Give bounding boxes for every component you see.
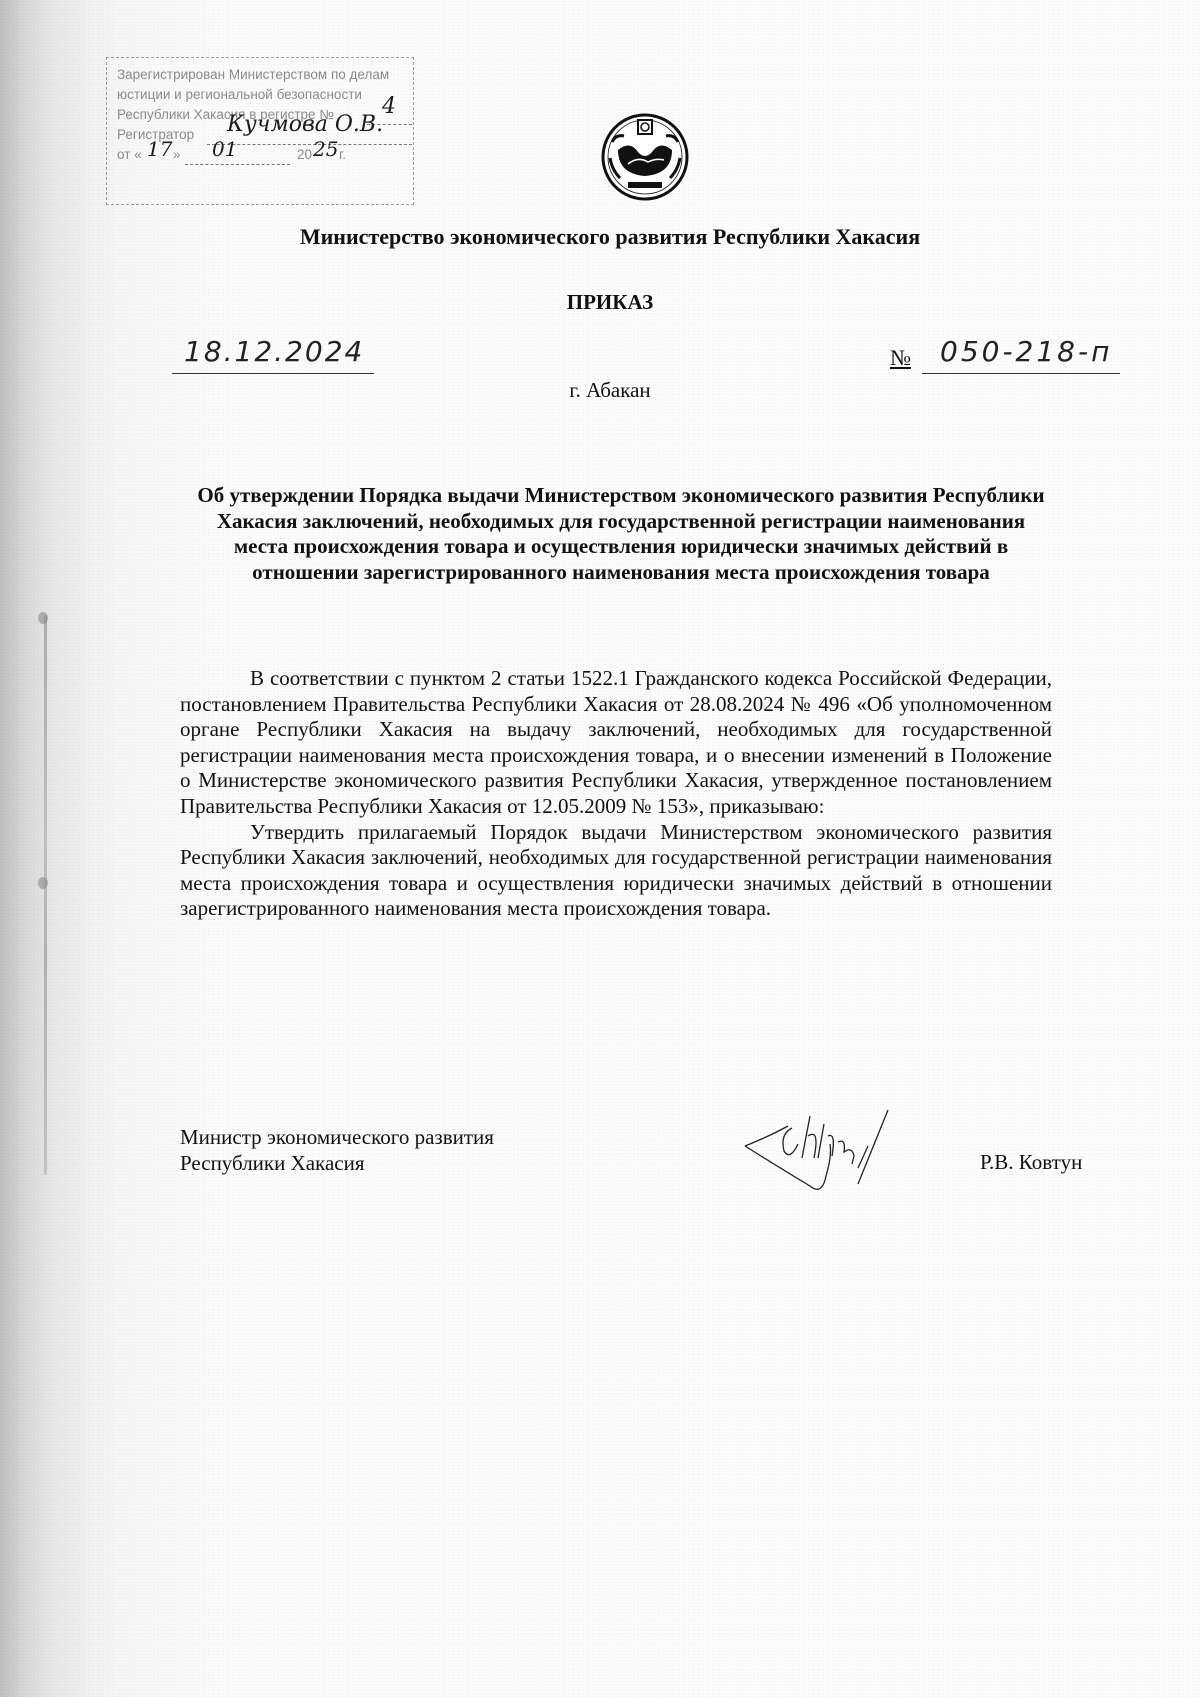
order-date-handwritten: 18.12.2024 — [184, 335, 364, 368]
stamp-year-handwritten: 25 — [313, 139, 338, 159]
signer-position-line-2: Республики Хакасия — [180, 1150, 494, 1176]
stamp-year-end: г. — [339, 145, 346, 165]
order-number-handwritten: 050-218-п — [940, 335, 1112, 368]
stamp-month-handwritten: 01 — [212, 139, 237, 159]
binding-hole-mark — [38, 877, 48, 889]
handwritten-signature-icon — [740, 1106, 950, 1206]
order-date-field: 18.12.2024 — [172, 335, 374, 374]
stamp-line-5: от « 17 » 01 20 25 г. — [117, 145, 413, 165]
register-number-handwritten: 4 — [382, 97, 396, 117]
stamp-month-underline — [185, 163, 290, 165]
order-number-label: № — [890, 345, 911, 371]
order-subject: Об утверждении Порядка выдачи Министерст… — [190, 483, 1052, 585]
binding-hole-mark — [38, 612, 48, 624]
registrar-name-handwritten: Кучмова О.В. — [227, 115, 383, 135]
stamp-date-prefix: от « — [117, 147, 142, 162]
document-type: ПРИКАЗ — [0, 290, 1200, 315]
registration-stamp: Зарегистрирован Министерством по делам ю… — [106, 57, 414, 205]
signer-position: Министр экономического развития Республи… — [180, 1124, 494, 1176]
khakassia-coat-of-arms-icon — [600, 112, 690, 202]
stamp-day-handwritten: 17 — [147, 139, 172, 159]
stamp-line-2: юстиции и региональной безопасности — [117, 85, 413, 105]
stamp-line-1: Зарегистрирован Министерством по делам — [117, 65, 413, 85]
body-paragraph-1: В соответствии с пунктом 2 статьи 1522.1… — [180, 666, 1052, 820]
order-number-field: 050-218-п — [922, 335, 1120, 374]
order-body: В соответствии с пунктом 2 статьи 1522.1… — [180, 666, 1052, 922]
stamp-day-suffix: » — [173, 145, 181, 165]
signer-name: Р.В. Ковтун — [980, 1150, 1082, 1175]
body-paragraph-2: Утвердить прилагаемый Порядок выдачи Мин… — [180, 820, 1052, 922]
signer-position-line-1: Министр экономического развития — [180, 1124, 494, 1150]
binding-fold-mark — [44, 615, 47, 1175]
ministry-name: Министерство экономического развития Рес… — [0, 224, 1200, 250]
stamp-year-prefix: 20 — [297, 145, 312, 165]
city: г. Абакан — [0, 378, 1200, 403]
